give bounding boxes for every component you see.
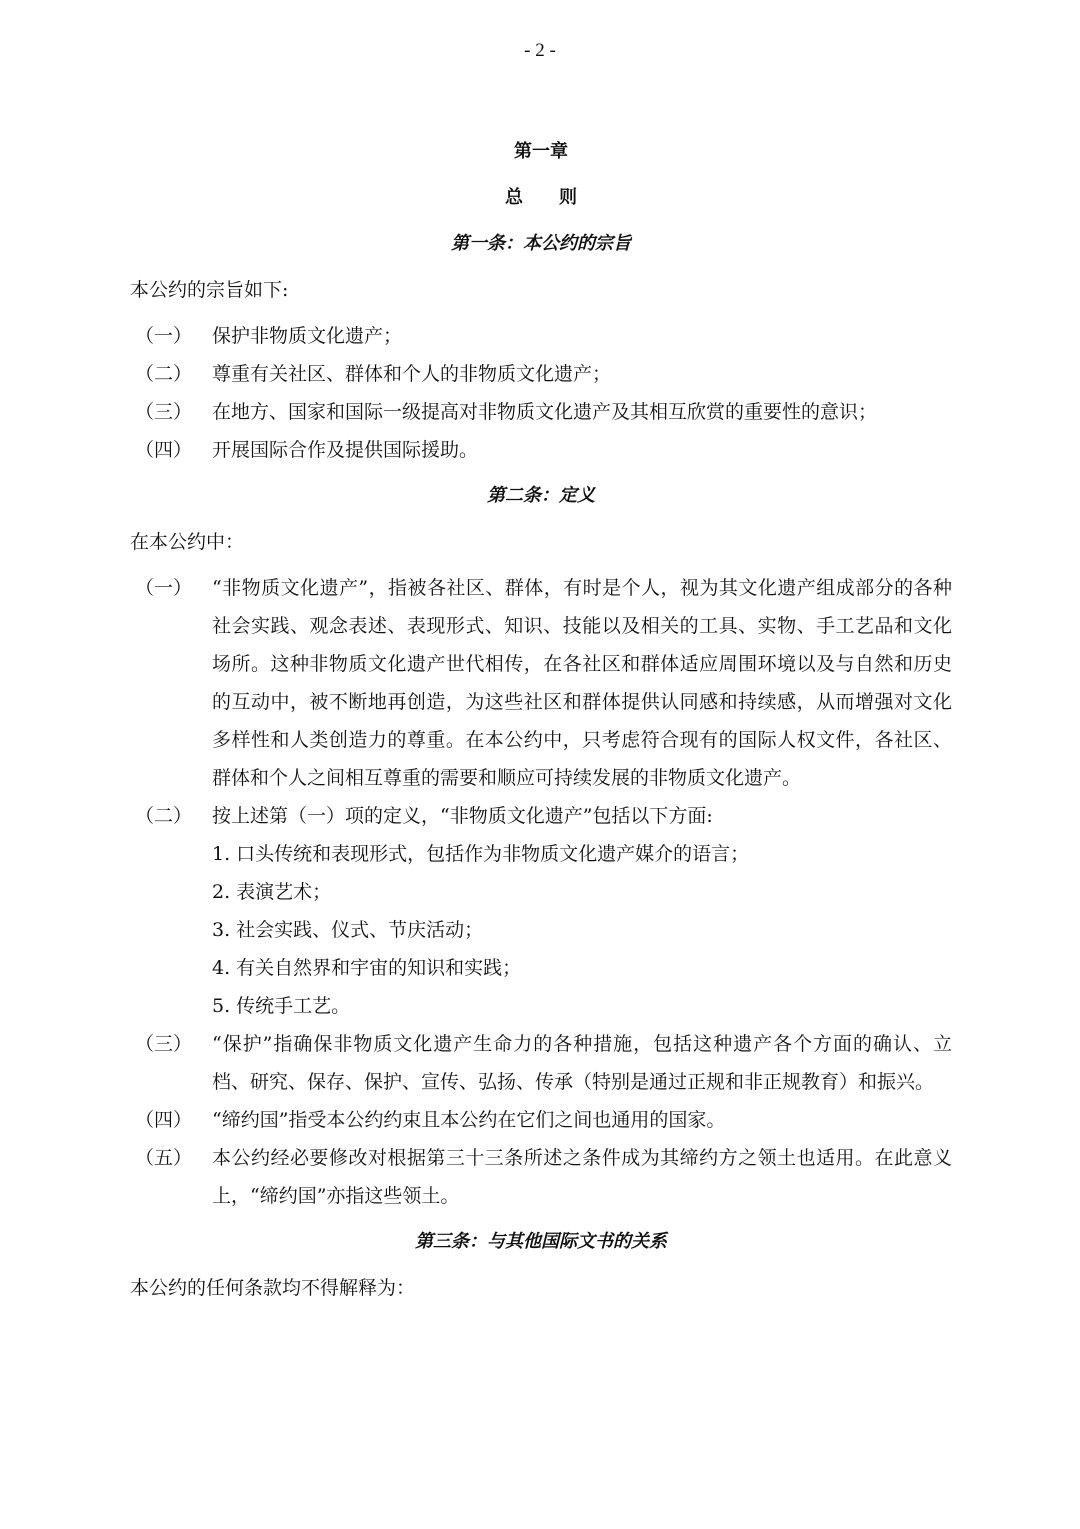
list-number: （四） <box>135 1101 212 1139</box>
article-2-title: 第二条：定义 <box>130 477 952 523</box>
list-text: 按上述第（一）项的定义，“非物质文化遗产”包括以下方面: <box>212 797 952 835</box>
article-3-intro: 本公约的任何条款均不得解释为： <box>130 1269 952 1307</box>
document-body: 第一章 总 则 第一条：本公约的宗旨 本公约的宗旨如下: （一） 保护非物质文化… <box>130 133 952 1315</box>
sub-list-item: 3. 社会实践、仪式、节庆活动； <box>212 911 952 949</box>
list-number: （三） <box>135 393 212 431</box>
article-2-intro: 在本公约中： <box>130 523 952 561</box>
list-number: （四） <box>135 431 212 469</box>
list-item: （二） 按上述第（一）项的定义，“非物质文化遗产”包括以下方面: <box>130 797 952 835</box>
sub-list: 1. 口头传统和表现形式，包括作为非物质文化遗产媒介的语言； 2. 表演艺术； … <box>130 835 952 1025</box>
article-1-intro: 本公约的宗旨如下: <box>130 271 952 309</box>
article-1-title: 第一条：本公约的宗旨 <box>130 225 952 271</box>
list-text: 在地方、国家和国际一级提高对非物质文化遗产及其相互欣赏的重要性的意识； <box>212 393 952 431</box>
list-number: （二） <box>135 797 212 835</box>
sub-list-item: 4. 有关自然界和宇宙的知识和实践； <box>212 949 952 987</box>
list-text: “缔约国”指受本公约约束且本公约在它们之间也通用的国家。 <box>212 1101 952 1139</box>
list-text: 尊重有关社区、群体和个人的非物质文化遗产； <box>212 355 952 393</box>
sub-list-item: 1. 口头传统和表现形式，包括作为非物质文化遗产媒介的语言； <box>212 835 952 873</box>
list-text: 保护非物质文化遗产； <box>212 317 952 355</box>
list-number: （三） <box>135 1025 212 1101</box>
list-item: （四） “缔约国”指受本公约约束且本公约在它们之间也通用的国家。 <box>130 1101 952 1139</box>
list-item: （一） “非物质文化遗产”，指被各社区、群体，有时是个人，视为其文化遗产组成部分… <box>130 569 952 797</box>
chapter-title: 第一章 <box>130 133 952 179</box>
list-text: “非物质文化遗产”，指被各社区、群体，有时是个人，视为其文化遗产组成部分的各种社… <box>212 569 952 797</box>
list-text: 本公约经必要修改对根据第三十三条所述之条件成为其缔约方之领土也适用。在此意义上，… <box>212 1139 952 1215</box>
list-text: “保护”指确保非物质文化遗产生命力的各种措施，包括这种遗产各个方面的确认、立档、… <box>212 1025 952 1101</box>
list-number: （一） <box>135 317 212 355</box>
chapter-subtitle: 总 则 <box>130 179 952 225</box>
sub-list-item: 5. 传统手工艺。 <box>212 987 952 1025</box>
list-item: （三） 在地方、国家和国际一级提高对非物质文化遗产及其相互欣赏的重要性的意识； <box>130 393 952 431</box>
page-number: - 2 - <box>0 40 1080 62</box>
list-number: （五） <box>135 1139 212 1215</box>
list-item: （三） “保护”指确保非物质文化遗产生命力的各种措施，包括这种遗产各个方面的确认… <box>130 1025 952 1101</box>
article-3-title: 第三条：与其他国际文书的关系 <box>130 1223 952 1269</box>
list-text: 开展国际合作及提供国际援助。 <box>212 431 952 469</box>
sub-list-item: 2. 表演艺术； <box>212 873 952 911</box>
list-number: （一） <box>135 569 212 797</box>
list-item: （一） 保护非物质文化遗产； <box>130 317 952 355</box>
list-item: （二） 尊重有关社区、群体和个人的非物质文化遗产； <box>130 355 952 393</box>
list-number: （二） <box>135 355 212 393</box>
list-item: （五） 本公约经必要修改对根据第三十三条所述之条件成为其缔约方之领土也适用。在此… <box>130 1139 952 1215</box>
list-item: （四） 开展国际合作及提供国际援助。 <box>130 431 952 469</box>
